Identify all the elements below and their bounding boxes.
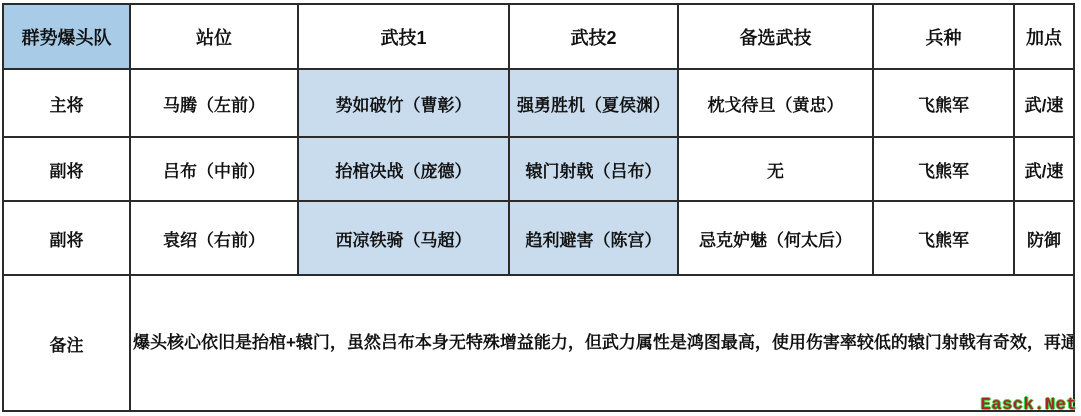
backup-skill-cell: 忌克妒魅（何太后） — [678, 201, 873, 275]
points-cell: 武/速 — [1014, 137, 1074, 201]
skill2-cell: 强勇胜机（夏侯渊） — [509, 69, 678, 137]
table-header-row: 群势爆头队 站位 武技1 武技2 备选武技 兵种 加点 — [3, 4, 1074, 69]
header-team-name: 群势爆头队 — [3, 4, 130, 69]
header-skill2: 武技2 — [509, 4, 678, 69]
role-cell: 副将 — [3, 137, 130, 201]
header-position: 站位 — [130, 4, 298, 69]
skill1-cell: 西凉铁骑（马超） — [298, 201, 509, 275]
table-row: 副将 袁绍（右前） 西凉铁骑（马超） 趋利避害（陈宫） 忌克妒魅（何太后） 飞熊… — [3, 201, 1074, 275]
page: 群势爆头队 站位 武技1 武技2 备选武技 兵种 加点 主将 马腾（左前） 势如… — [0, 0, 1081, 416]
position-cell: 袁绍（右前） — [130, 201, 298, 275]
troop-cell: 飞熊军 — [873, 69, 1014, 137]
backup-skill-cell: 枕戈待旦（黄忠） — [678, 69, 873, 137]
note-row: 备注 爆头核心依旧是抬棺+辕门，虽然吕布本身无特殊增益能力，但武力属性是鸿图最高… — [3, 275, 1074, 411]
skill2-cell: 趋利避害（陈宫） — [509, 201, 678, 275]
backup-skill-cell: 无 — [678, 137, 873, 201]
lineup-table: 群势爆头队 站位 武技1 武技2 备选武技 兵种 加点 主将 马腾（左前） 势如… — [2, 3, 1075, 412]
role-cell: 副将 — [3, 201, 130, 275]
header-points: 加点 — [1014, 4, 1074, 69]
header-skill1: 武技1 — [298, 4, 509, 69]
troop-cell: 飞熊军 — [873, 137, 1014, 201]
table-row: 副将 吕布（中前） 抬棺决战（庞德） 辕门射戟（吕布） 无 飞熊军 武/速 — [3, 137, 1074, 201]
header-backup-skill: 备选武技 — [678, 4, 873, 69]
table-row: 主将 马腾（左前） 势如破竹（曹彰） 强勇胜机（夏侯渊） 枕戈待旦（黄忠） 飞熊… — [3, 69, 1074, 137]
header-troop: 兵种 — [873, 4, 1014, 69]
role-cell: 主将 — [3, 69, 130, 137]
position-cell: 马腾（左前） — [130, 69, 298, 137]
note-text: 爆头核心依旧是抬棺+辕门，虽然吕布本身无特殊增益能力，但武力属性是鸿图最高，使用… — [130, 275, 1074, 411]
note-label: 备注 — [3, 275, 130, 411]
troop-cell: 飞熊军 — [873, 201, 1014, 275]
position-cell: 吕布（中前） — [130, 137, 298, 201]
points-cell: 武/速 — [1014, 69, 1074, 137]
skill2-cell: 辕门射戟（吕布） — [509, 137, 678, 201]
watermark-text: Easck.Net — [981, 396, 1077, 415]
skill1-cell: 势如破竹（曹彰） — [298, 69, 509, 137]
points-cell: 防御 — [1014, 201, 1074, 275]
skill1-cell: 抬棺决战（庞德） — [298, 137, 509, 201]
